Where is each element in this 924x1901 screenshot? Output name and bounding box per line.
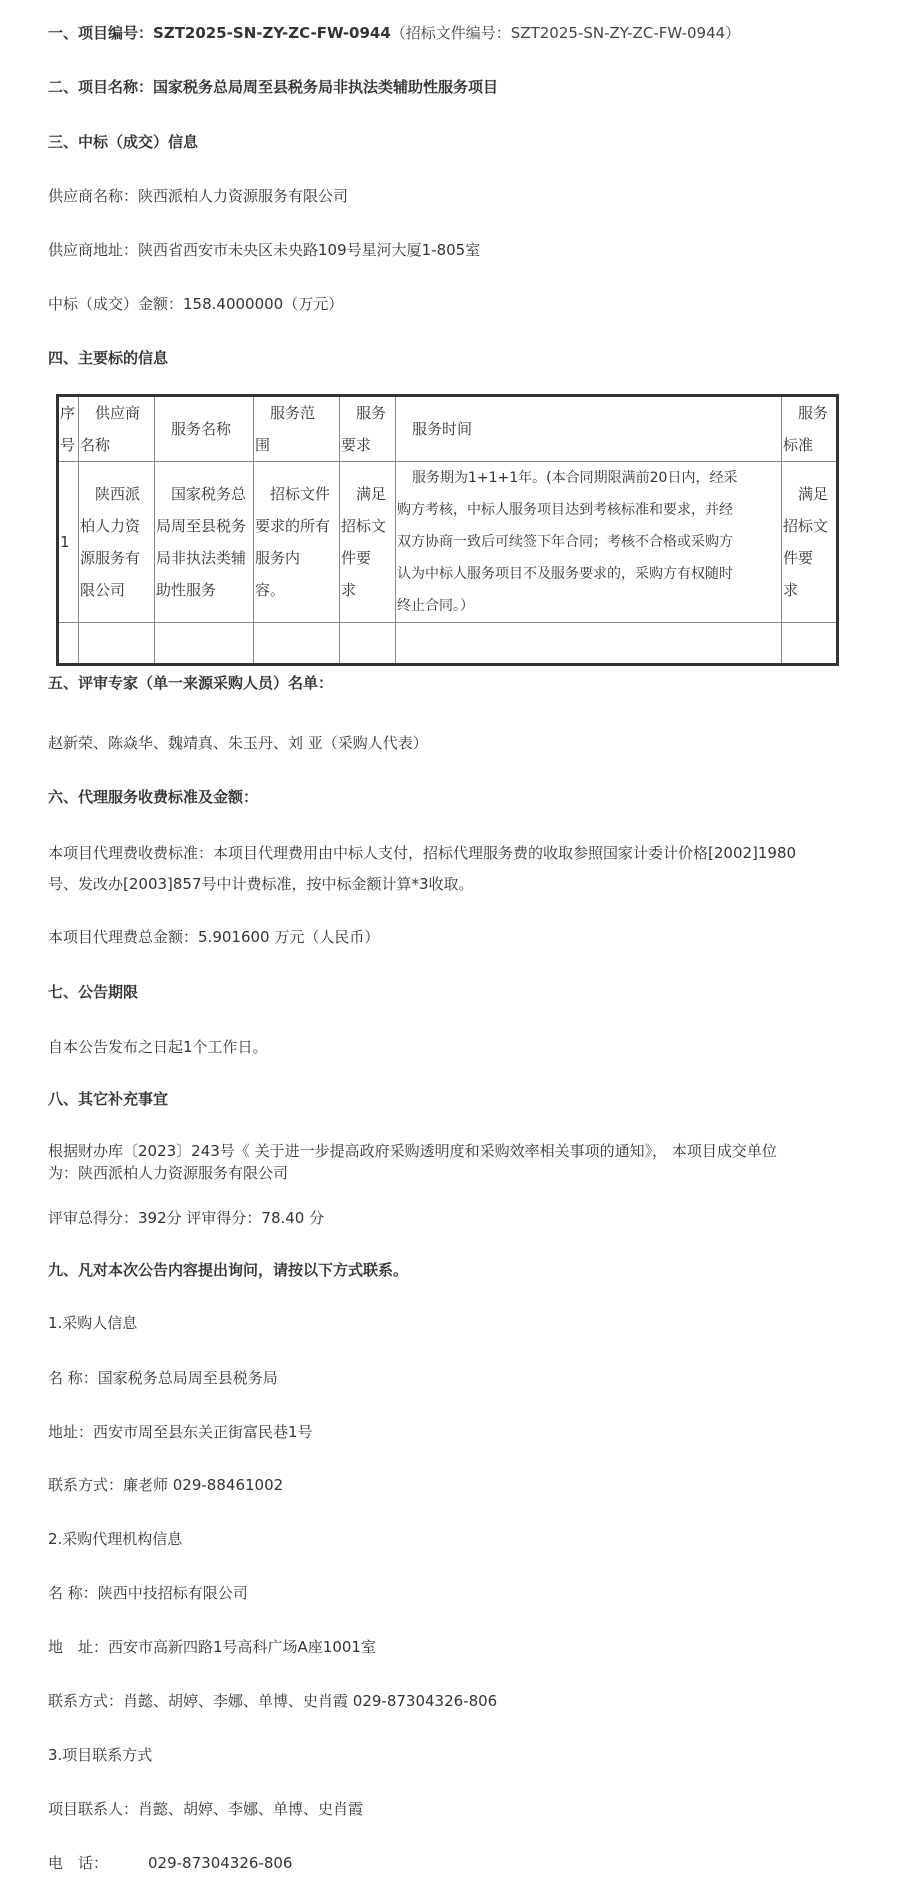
project-number-line: 一、项目编号：SZT2025-SN-ZY-ZC-FW-0944（招标文件编号：S… — [48, 21, 740, 45]
header-scope: 服务范围 — [254, 397, 339, 461]
header-standard: 服务标准 — [782, 397, 837, 461]
row-index: 1 — [59, 462, 78, 622]
purchaser-heading: 1.采购人信息 — [48, 1311, 137, 1335]
purchaser-address: 地址：西安市周至县东关正街富民巷1号 — [48, 1420, 313, 1444]
header-service-name: 服务名称 — [155, 413, 253, 445]
agency-name: 名 称：陕西中技招标有限公司 — [48, 1581, 248, 1605]
project-number-label: 一、项目编号： — [48, 24, 153, 42]
project-name-value: 国家税务总局周至县税务局非执法类辅助性服务项目 — [153, 78, 498, 96]
project-name-label: 二、项目名称： — [48, 78, 153, 96]
project-phone-line: 电 话：029-87304326-806 — [48, 1851, 292, 1875]
agency-fee-total: 本项目代理费总金额：5.901600 万元（人民币） — [48, 925, 379, 949]
phone-number: 029-87304326-806 — [148, 1854, 292, 1872]
row-standard: 满足 招标文 件要 求 — [782, 478, 837, 606]
project-number-code: SZT2025-SN-ZY-ZC-FW-0944 — [153, 24, 391, 42]
award-amount: 中标（成交）金额：158.4000000（万元） — [48, 292, 343, 316]
purchaser-name: 名 称：国家税务总局周至县税务局 — [48, 1366, 278, 1390]
phone-label: 电 话： — [48, 1854, 108, 1872]
notice-period: 自本公告发布之日起1个工作日。 — [48, 1035, 268, 1059]
section-9-title: 九、凡对本次公告内容提出询问，请按以下方式联系。 — [48, 1258, 408, 1282]
section-6-title: 六、代理服务收费标准及金额： — [48, 785, 258, 809]
supplier-name: 供应商名称：陕西派柏人力资源服务有限公司 — [48, 184, 348, 208]
agency-fee-standard-line-2: 号、发改办[2003]857号中计费标准，按中标金额计算*3收取。 — [48, 872, 474, 896]
main-subject-table: 序号 供应商名称 服务名称 服务范围 服务要求 服务时间 服务标准 1 陕西派 … — [56, 394, 839, 666]
row-service-time: 服务期为1+1+1年。(本合同期限满前20日内，经采 购方考核，中标人服务项目达… — [396, 462, 781, 622]
row-requirement: 满足 招标文 件要 求 — [340, 478, 395, 606]
row-supplier: 陕西派 柏人力资 源服务有 限公司 — [79, 478, 154, 606]
project-contacts: 项目联系人：肖懿、胡婷、李娜、单博、史肖霞 — [48, 1797, 363, 1821]
header-requirement: 服务要求 — [340, 397, 395, 461]
review-scores: 评审总得分：392分 评审得分：78.40 分 — [48, 1206, 324, 1230]
project-contact-heading: 3.项目联系方式 — [48, 1743, 152, 1767]
header-supplier: 供应商名称 — [79, 397, 154, 461]
supplement-basis-line-1: 根据财办库〔2023〕243号《 关于进一步提高政府采购透明度和采购效率相关事项… — [48, 1139, 777, 1163]
header-service-time: 服务时间 — [396, 413, 781, 445]
purchaser-contact: 联系方式：廉老师 029-88461002 — [48, 1473, 283, 1497]
project-name-line: 二、项目名称：国家税务总局周至县税务局非执法类辅助性服务项目 — [48, 75, 498, 99]
section-4-title: 四、主要标的信息 — [48, 346, 168, 370]
section-5-title: 五、评审专家（单一来源采购人员）名单： — [48, 671, 333, 695]
section-8-title: 八、其它补充事宜 — [48, 1087, 168, 1111]
supplier-address: 供应商地址：陕西省西安市未央区未央路109号星河大厦1-805室 — [48, 238, 480, 262]
row-service-name: 国家税务总 局周至县税务 局非执法类辅 助性服务 — [155, 478, 253, 606]
tender-doc-number: （招标文件编号：SZT2025-SN-ZY-ZC-FW-0944） — [391, 24, 740, 42]
row-scope: 招标文件 要求的所有 服务内 容。 — [254, 478, 339, 606]
header-index: 序号 — [59, 397, 78, 461]
agency-contact: 联系方式：肖懿、胡婷、李娜、单博、史肖霞 029-87304326-806 — [48, 1689, 497, 1713]
section-7-title: 七、公告期限 — [48, 980, 138, 1004]
supplement-basis-line-2: 为：陕西派柏人力资源服务有限公司 — [48, 1161, 288, 1185]
agency-address: 地 址：西安市高新四路1号高科广场A座1001室 — [48, 1635, 376, 1659]
expert-list: 赵新荣、陈焱华、魏靖真、朱玉丹、刘 亚（采购人代表） — [48, 731, 428, 755]
section-3-title: 三、中标（成交）信息 — [48, 130, 198, 154]
agency-heading: 2.采购代理机构信息 — [48, 1527, 182, 1551]
agency-fee-standard-line-1: 本项目代理费收费标准：本项目代理费用由中标人支付，招标代理服务费的收取参照国家计… — [48, 841, 796, 865]
